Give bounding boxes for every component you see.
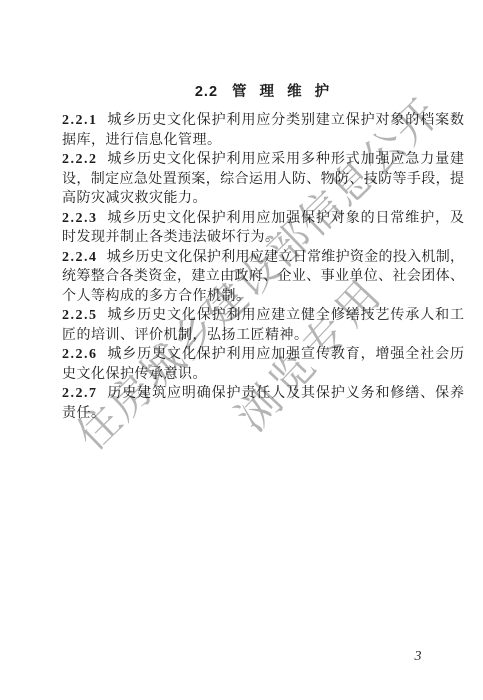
clause-number: 2.2.4 xyxy=(62,250,98,265)
clause-line: 匠的培训、评价机制，弘扬工匠精神。 xyxy=(62,326,464,346)
clause-text: 城乡历史文化保护利用应采用多种形式加强应急力量建 xyxy=(107,152,465,167)
clause-line: 时发现并制止各类违法破坏行为。 xyxy=(62,228,464,248)
section-title: 管 理 维 护 xyxy=(232,84,331,100)
clause-text: 城乡历史文化保护利用应建立健全修缮技艺传承人和工 xyxy=(107,308,465,323)
document-page: 住房城乡建设部信息公开 浏览专用 2.2管 理 维 护 2.2.1城乡历史文化保… xyxy=(0,0,483,700)
clause-2-2-3: 2.2.3城乡历史文化保护利用应加强保护对象的日常维护，及 时发现并制止各类违法… xyxy=(62,209,464,248)
clause-text: 城乡历史文化保护利用应加强保护对象的日常维护，及 xyxy=(107,211,465,226)
clause-line: 个人等构成的多方合作机制。 xyxy=(62,287,464,307)
clause-text: 城乡历史文化保护利用应分类别建立保护对象的档案数 xyxy=(107,113,465,128)
clause-line: 史文化保护传承意识。 xyxy=(62,365,464,385)
clause-2-2-2: 2.2.2城乡历史文化保护利用应采用多种形式加强应急力量建 设，制定应急处置预案… xyxy=(62,150,464,209)
section-number: 2.2 xyxy=(195,84,218,100)
clause-text: 历史建筑应明确保护责任人及其保护义务和修缮、保养 xyxy=(107,386,465,401)
clause-number: 2.2.2 xyxy=(62,152,98,167)
clause-text: 城乡历史文化保护利用应加强宣传教育，增强全社会历 xyxy=(107,347,465,362)
clause-2-2-1: 2.2.1城乡历史文化保护利用应分类别建立保护对象的档案数 据库，进行信息化管理… xyxy=(62,111,464,150)
clause-2-2-7: 2.2.7历史建筑应明确保护责任人及其保护义务和修缮、保养 责任。 xyxy=(62,384,464,423)
clause-number: 2.2.3 xyxy=(62,211,98,226)
clause-line: 统筹整合各类资金，建立由政府、企业、事业单位、社会团体、 xyxy=(62,267,464,287)
clause-2-2-6: 2.2.6城乡历史文化保护利用应加强宣传教育，增强全社会历 史文化保护传承意识。 xyxy=(62,345,464,384)
clause-line: 2.2.5城乡历史文化保护利用应建立健全修缮技艺传承人和工 xyxy=(62,306,464,326)
clause-number: 2.2.5 xyxy=(62,308,98,323)
clause-line: 高防灾减灾救灾能力。 xyxy=(62,189,464,209)
clause-line: 2.2.6城乡历史文化保护利用应加强宣传教育，增强全社会历 xyxy=(62,345,464,365)
clause-number: 2.2.6 xyxy=(62,347,98,362)
clause-2-2-5: 2.2.5城乡历史文化保护利用应建立健全修缮技艺传承人和工 匠的培训、评价机制，… xyxy=(62,306,464,345)
clause-number: 2.2.7 xyxy=(62,386,98,401)
clause-line: 2.2.7历史建筑应明确保护责任人及其保护义务和修缮、保养 xyxy=(62,384,464,404)
clause-line: 2.2.1城乡历史文化保护利用应分类别建立保护对象的档案数 xyxy=(62,111,464,131)
page-number: 3 xyxy=(406,649,430,665)
clause-line: 2.2.3城乡历史文化保护利用应加强保护对象的日常维护，及 xyxy=(62,209,464,229)
clause-line: 据库，进行信息化管理。 xyxy=(62,131,464,151)
clause-text: 城乡历史文化保护利用应建立日常维护资金的投入机制， xyxy=(107,250,465,265)
section-heading: 2.2管 理 维 护 xyxy=(62,84,464,101)
clause-line: 设，制定应急处置预案，综合运用人防、物防、技防等手段，提 xyxy=(62,170,464,190)
clause-number: 2.2.1 xyxy=(62,113,98,128)
clause-line: 2.2.2城乡历史文化保护利用应采用多种形式加强应急力量建 xyxy=(62,150,464,170)
body-text: 2.2.1城乡历史文化保护利用应分类别建立保护对象的档案数 据库，进行信息化管理… xyxy=(62,111,464,423)
clause-line: 2.2.4城乡历史文化保护利用应建立日常维护资金的投入机制， xyxy=(62,248,464,268)
clause-2-2-4: 2.2.4城乡历史文化保护利用应建立日常维护资金的投入机制， 统筹整合各类资金，… xyxy=(62,248,464,307)
clause-line: 责任。 xyxy=(62,404,464,424)
